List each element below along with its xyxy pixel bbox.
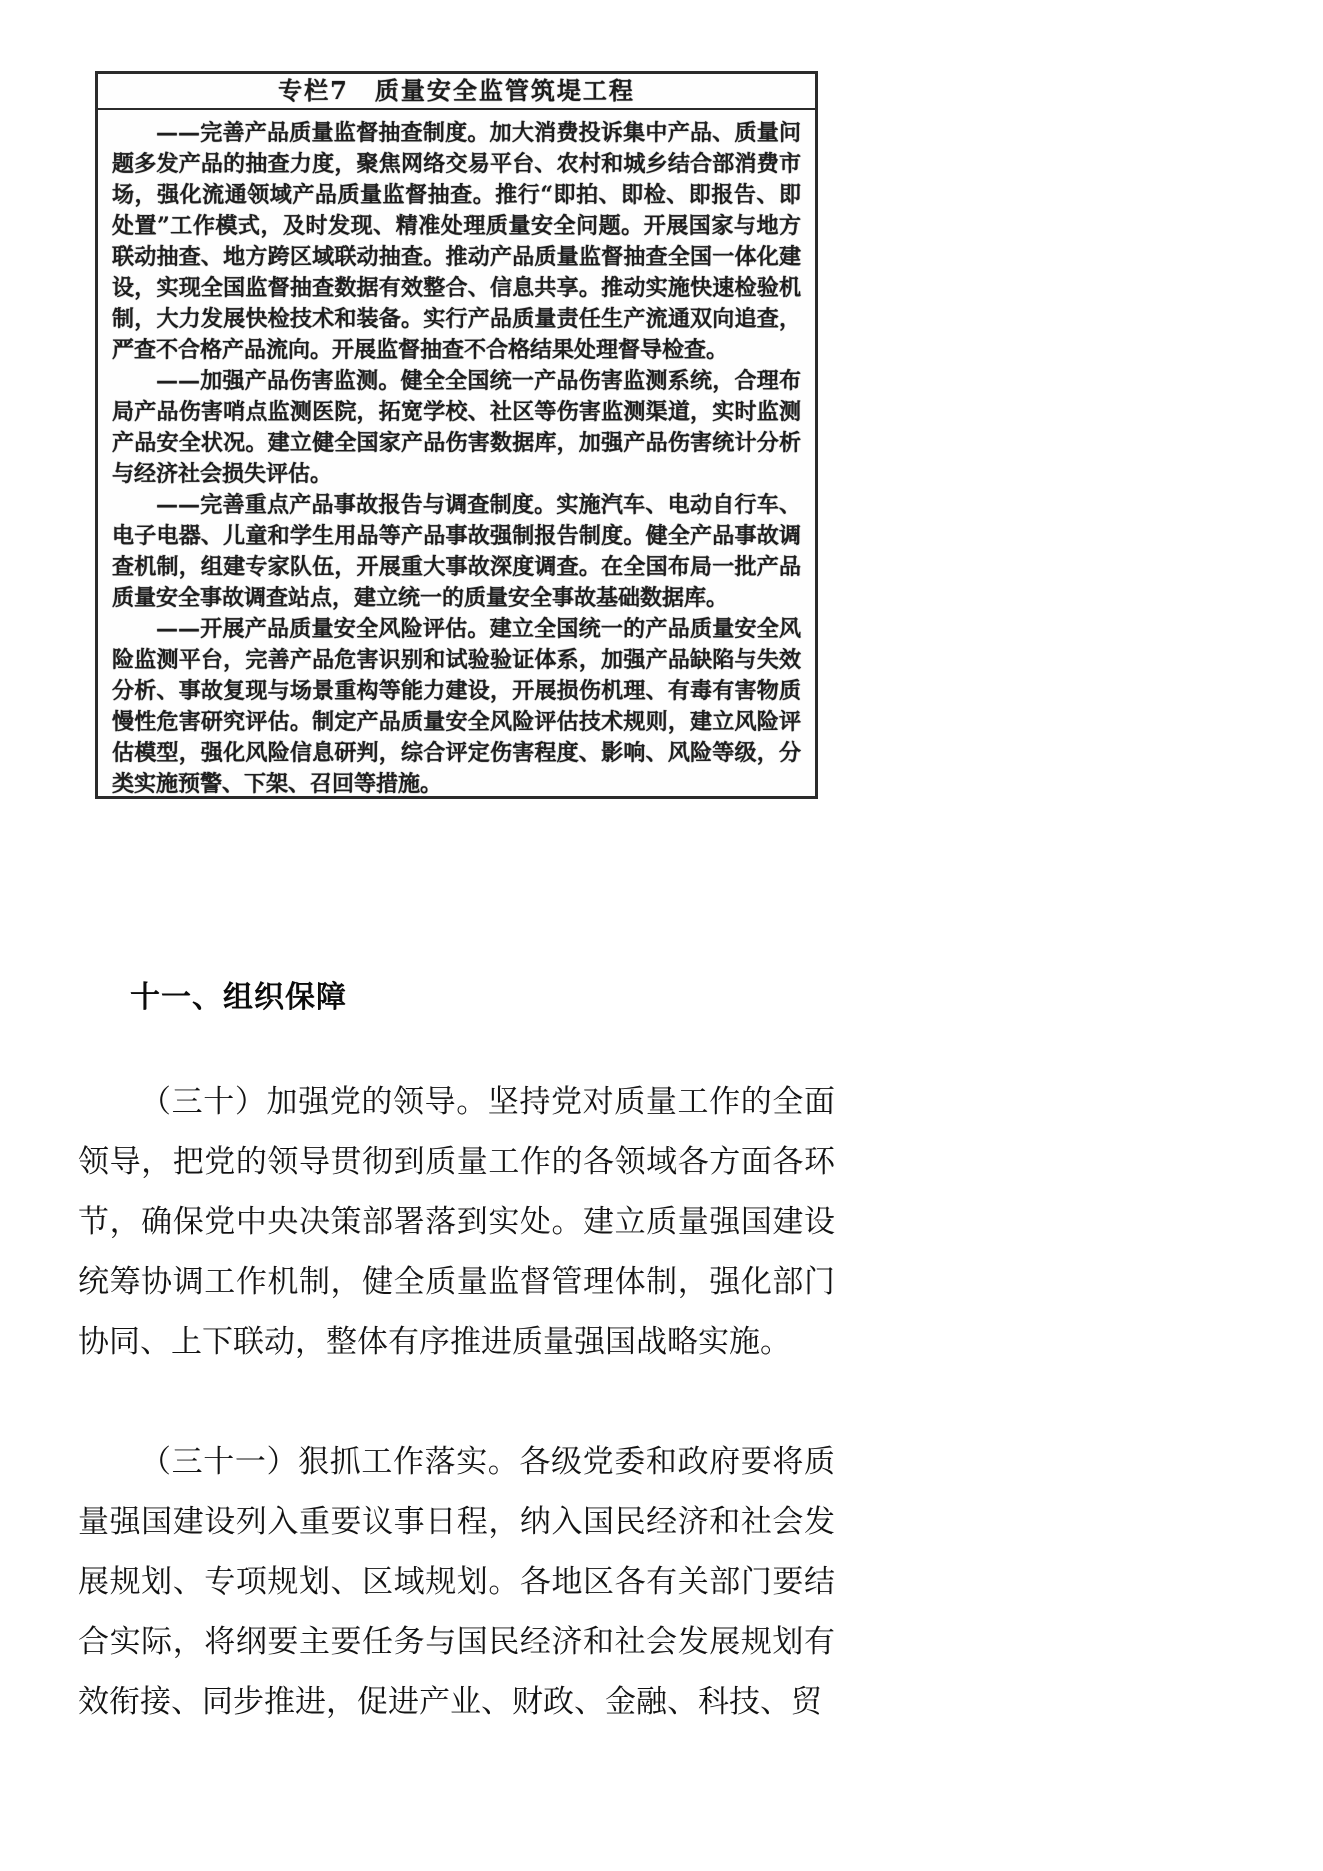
body-paragraph: （三十）加强党的领导。坚持党对质量工作的全面领导，把党的领导贯彻到质量工作的各领…: [78, 1072, 835, 1372]
section-heading: 十一、组织保障: [130, 972, 347, 1016]
body-paragraph: （三十一）狠抓工作落实。各级党委和政府要将质量强国建设列入重要议事日程，纳入国民…: [78, 1432, 835, 1732]
box-paragraph: ——完善产品质量监督抽查制度。加大消费投诉集中产品、质量问题多发产品的抽查力度，…: [112, 118, 801, 366]
document-page: 专栏7 质量安全监管筑堤工程 ——完善产品质量监督抽查制度。加大消费投诉集中产品…: [0, 0, 1323, 1871]
special-column-title: 专栏7 质量安全监管筑堤工程: [98, 74, 815, 110]
box-paragraph: ——加强产品伤害监测。健全全国统一产品伤害监测系统，合理布局产品伤害哨点监测医院…: [112, 366, 801, 490]
special-column-box: 专栏7 质量安全监管筑堤工程 ——完善产品质量监督抽查制度。加大消费投诉集中产品…: [95, 71, 818, 799]
section-body: （三十）加强党的领导。坚持党对质量工作的全面领导，把党的领导贯彻到质量工作的各领…: [78, 1072, 835, 1792]
box-paragraph: ——开展产品质量安全风险评估。建立全国统一的产品质量安全风险监测平台，完善产品危…: [112, 614, 801, 800]
box-paragraph: ——完善重点产品事故报告与调查制度。实施汽车、电动自行车、电子电器、儿童和学生用…: [112, 490, 801, 614]
special-column-body: ——完善产品质量监督抽查制度。加大消费投诉集中产品、质量问题多发产品的抽查力度，…: [98, 110, 815, 800]
